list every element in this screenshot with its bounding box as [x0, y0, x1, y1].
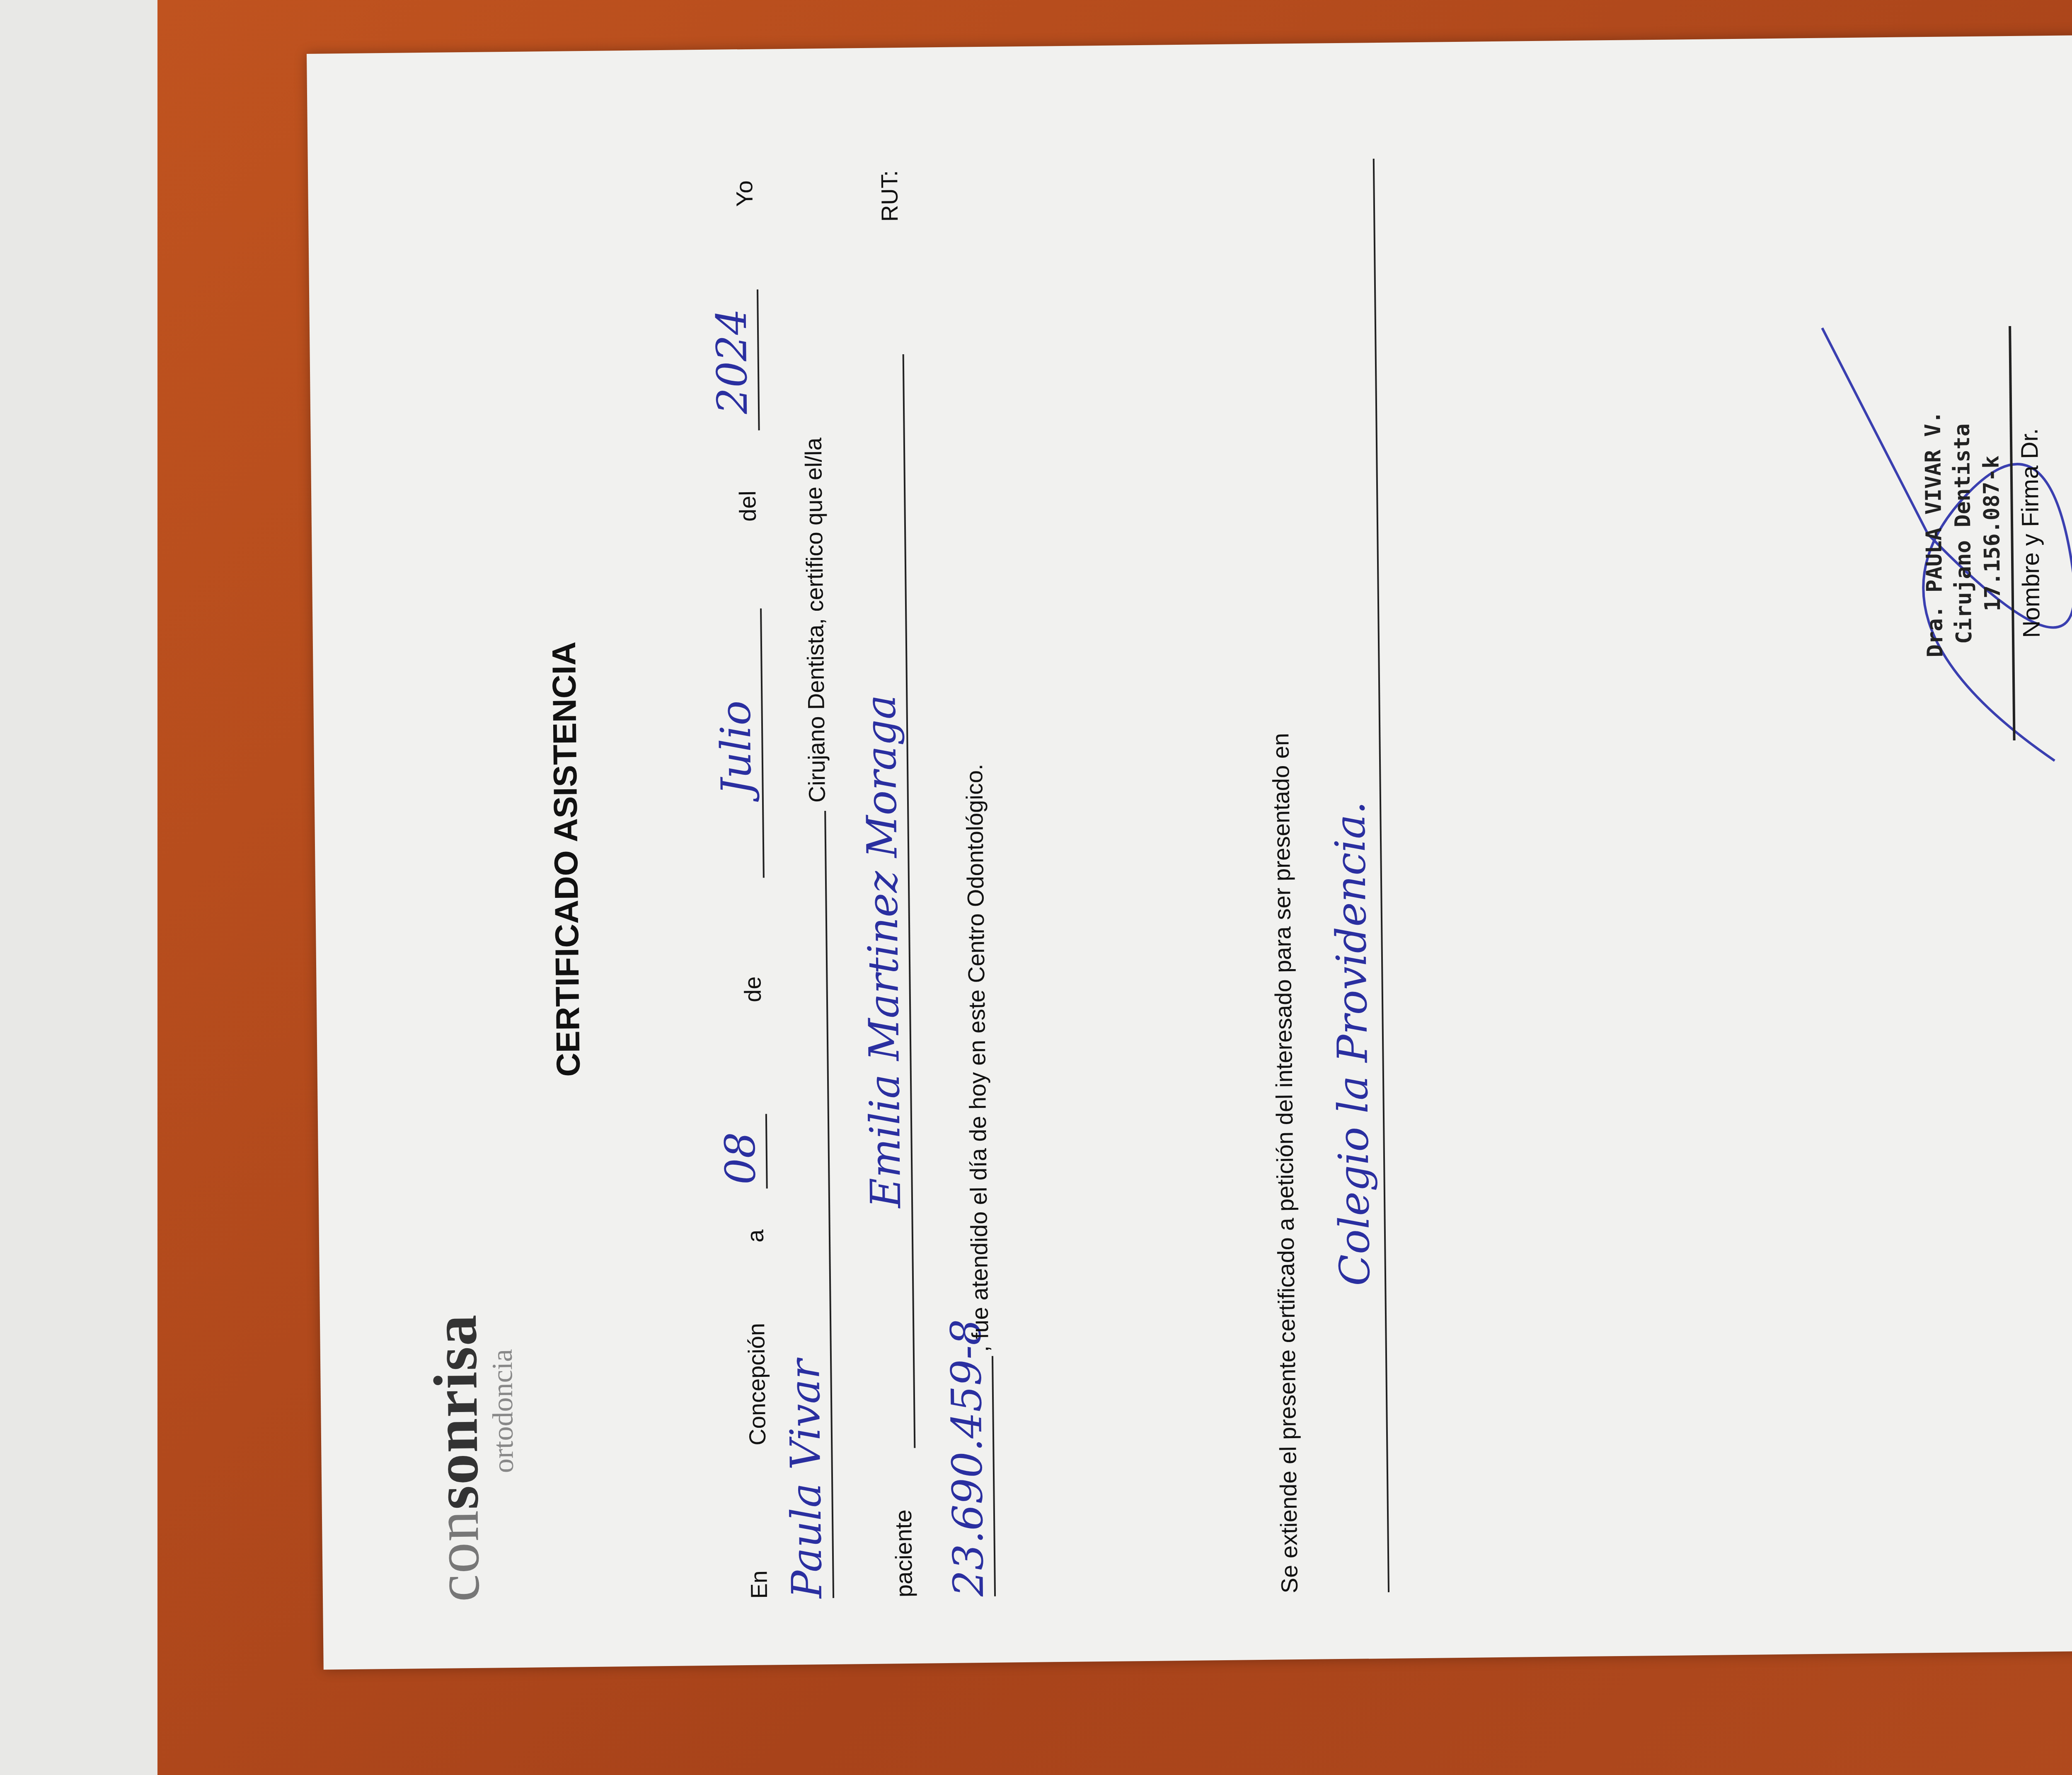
page-title: CERTIFICADO ASISTENCIA	[539, 51, 594, 1667]
field-patient: Emilia Martinez Moraga	[856, 694, 910, 1208]
field-day: 08	[716, 1132, 765, 1185]
label-paciente: paciente	[890, 1509, 917, 1597]
background-wall	[0, 0, 157, 1775]
year-rule	[757, 290, 760, 430]
label-yo: Yo	[731, 180, 758, 207]
label-del: del	[734, 491, 761, 522]
field-rut: 23.690.459-8	[942, 1319, 993, 1597]
field-year: 2024	[707, 308, 757, 414]
field-month: Julio	[711, 700, 760, 796]
day-rule	[765, 1114, 768, 1189]
label-de: de	[739, 976, 766, 1002]
stamp-line-2: Cirujano Dentista	[1946, 326, 1980, 741]
logo-subtitle: ortodoncia	[486, 1349, 520, 1473]
stamp-line-3: 17.156.087-k	[1975, 326, 2009, 741]
attended-text: , fue atendido el día de hoy en este Cen…	[961, 764, 994, 1352]
signature-rule	[2009, 326, 2015, 740]
logo: consonrisa	[419, 1314, 494, 1603]
month-rule	[760, 609, 765, 878]
label-city: Concepción	[743, 1323, 771, 1446]
purpose-text: Se extiende el presente certificado a pe…	[1267, 733, 1303, 1594]
signature-label: Nombre y Firma Dr.	[2014, 326, 2046, 740]
stamp-line-1: Dra. PAULA VIVAR V.	[1917, 327, 1951, 742]
field-institution: Colegio la Providencia.	[1326, 801, 1379, 1286]
signature-block: Dra. PAULA VIVAR V. Cirujano Dentista 17…	[1917, 326, 2046, 741]
field-doctor: Paula Vivar	[780, 1359, 831, 1598]
label-rut: RUT:	[876, 170, 903, 222]
institution-rule	[1373, 159, 1389, 1592]
label-en: En	[745, 1570, 772, 1599]
certificate-page: consonrisa ortodoncia CERTIFICADO ASISTE…	[307, 33, 2072, 1670]
label-doctor-title: Cirujano Dentista, certifico que el/la	[800, 438, 830, 803]
label-a: a	[742, 1229, 769, 1243]
certificate-paper: consonrisa ortodoncia CERTIFICADO ASISTE…	[307, 33, 2072, 1670]
